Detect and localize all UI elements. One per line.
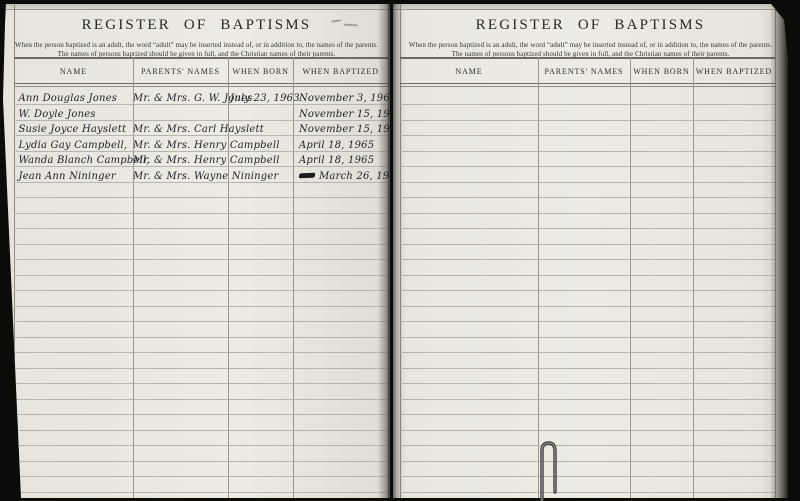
ruled-line <box>400 352 775 353</box>
ruled-line <box>400 383 775 384</box>
column-divider <box>630 57 631 498</box>
ruled-line <box>14 306 388 307</box>
ruled-line <box>14 321 388 322</box>
ruled-line <box>400 399 775 400</box>
column-divider <box>133 57 134 498</box>
ruled-line <box>14 383 388 384</box>
ruled-line <box>400 197 775 198</box>
ruled-line <box>14 337 388 338</box>
baptism-table: NAMEPARENTS' NAMESWHEN BORNWHEN BAPTIZED <box>400 57 775 498</box>
entries <box>400 57 775 498</box>
ruled-line <box>400 182 775 183</box>
ruled-line <box>14 104 388 105</box>
ruled-line <box>400 476 775 477</box>
entry-baptized: November 3, 1963 <box>299 93 396 104</box>
entries: Ann Douglas JonesMr. & Mrs. G. W. JonesJ… <box>14 57 388 498</box>
ruled-line <box>400 445 775 446</box>
ruled-line <box>14 135 388 136</box>
ruled-line <box>400 290 775 291</box>
ruled-line <box>400 368 775 369</box>
ruled-line <box>400 430 775 431</box>
entry-baptized: November 15, 1964 <box>299 109 403 120</box>
entry-baptized: April 18, 1965 <box>299 155 374 166</box>
instruction-line-1: When the person baptized is an adult, th… <box>15 41 378 49</box>
entry-row: Susie Joyce HayslettMr. & Mrs. Carl Hays… <box>14 121 388 135</box>
entry-name: Susie Joyce Hayslett <box>18 124 126 135</box>
ruled-line <box>14 244 388 245</box>
entry-row: W. Doyle JonesNovember 15, 1964 <box>14 106 388 120</box>
ruled-line <box>400 461 775 462</box>
ruled-line <box>14 461 388 462</box>
entry-row: Ann Douglas JonesMr. & Mrs. G. W. JonesJ… <box>14 90 388 104</box>
ruled-line <box>400 213 775 214</box>
ruled-line <box>400 151 775 152</box>
column-divider <box>693 57 694 498</box>
ruled-line <box>14 430 388 431</box>
entry-name: W. Doyle Jones <box>18 109 95 120</box>
book-spread: REGISTER OF BAPTISMS When the person bap… <box>0 0 800 501</box>
ruled-line <box>400 275 775 276</box>
scribble-mark <box>298 172 315 178</box>
entry-name: Lydia Gay Campbell, <box>18 140 127 151</box>
ruled-line <box>400 321 775 322</box>
entry-row: Lydia Gay Campbell,Mr. & Mrs. Henry Camp… <box>14 137 388 151</box>
entry-parents: Mr. & Mrs. Henry Campbell <box>133 155 280 166</box>
ruled-line <box>14 259 388 260</box>
ruled-line <box>400 104 775 105</box>
entry-baptized: November 15, 1964 <box>299 124 403 135</box>
ruled-line <box>14 476 388 477</box>
column-divider <box>538 57 539 498</box>
ruled-line <box>14 368 388 369</box>
ruled-line <box>400 492 775 493</box>
ruled-line <box>14 399 388 400</box>
entry-baptized: April 18, 1965 <box>299 140 374 151</box>
entry-parents: Mr. & Mrs. Wayne Nininger <box>133 171 279 182</box>
ruled-line <box>400 414 775 415</box>
entry-baptized: March 26, 1967 <box>299 171 403 182</box>
page-title: REGISTER OF BAPTISMS <box>393 17 788 34</box>
left-page: REGISTER OF BAPTISMS When the person bap… <box>3 4 390 498</box>
entry-row: Wanda Blanch Campbell,Mr. & Mrs. Henry C… <box>14 152 388 166</box>
ruled-line <box>400 259 775 260</box>
entry-born: July 23, 1963 <box>230 93 300 104</box>
right-page: REGISTER OF BAPTISMS When the person bap… <box>393 4 788 498</box>
instruction-line-1: When the person baptized is an adult, th… <box>409 41 772 49</box>
ruled-line <box>14 151 388 152</box>
register-instructions: When the person baptized is an adult, th… <box>3 41 390 58</box>
ruled-line <box>400 228 775 229</box>
ruled-line <box>400 306 775 307</box>
ruled-line <box>400 120 775 121</box>
ruled-line <box>14 445 388 446</box>
column-divider <box>228 57 229 498</box>
entry-name: Ann Douglas Jones <box>18 93 117 104</box>
entry-name: Wanda Blanch Campbell, <box>18 155 149 166</box>
ruled-line <box>400 166 775 167</box>
ruled-line <box>14 166 388 167</box>
entry-parents: Mr. & Mrs. Henry Campbell <box>133 140 280 151</box>
entry-baptized-text: March 26, 1967 <box>319 171 403 182</box>
ruled-line <box>14 275 388 276</box>
ruled-line <box>400 135 775 136</box>
column-divider <box>293 57 294 498</box>
paper-clip <box>535 439 563 501</box>
ruled-line <box>14 213 388 214</box>
ruled-line <box>14 414 388 415</box>
page-edge-line <box>775 4 776 498</box>
entry-parents: Mr. & Mrs. Carl Hayslett <box>133 124 264 135</box>
baptism-table: NAMEPARENTS' NAMESWHEN BORNWHEN BAPTIZED… <box>14 57 388 498</box>
ruled-line <box>14 290 388 291</box>
ruled-line <box>400 337 775 338</box>
entry-name: Jean Ann Nininger <box>18 171 115 182</box>
entry-row: Jean Ann NiningerMr. & Mrs. Wayne Nining… <box>14 168 388 182</box>
ruled-line <box>14 492 388 493</box>
page-edge-line <box>388 4 389 498</box>
ruled-line <box>14 197 388 198</box>
ruled-line <box>14 228 388 229</box>
ruled-line <box>14 352 388 353</box>
ruled-line <box>400 244 775 245</box>
register-instructions: When the person baptized is an adult, th… <box>393 41 788 58</box>
ruled-line <box>14 182 388 183</box>
ruled-line <box>14 120 388 121</box>
